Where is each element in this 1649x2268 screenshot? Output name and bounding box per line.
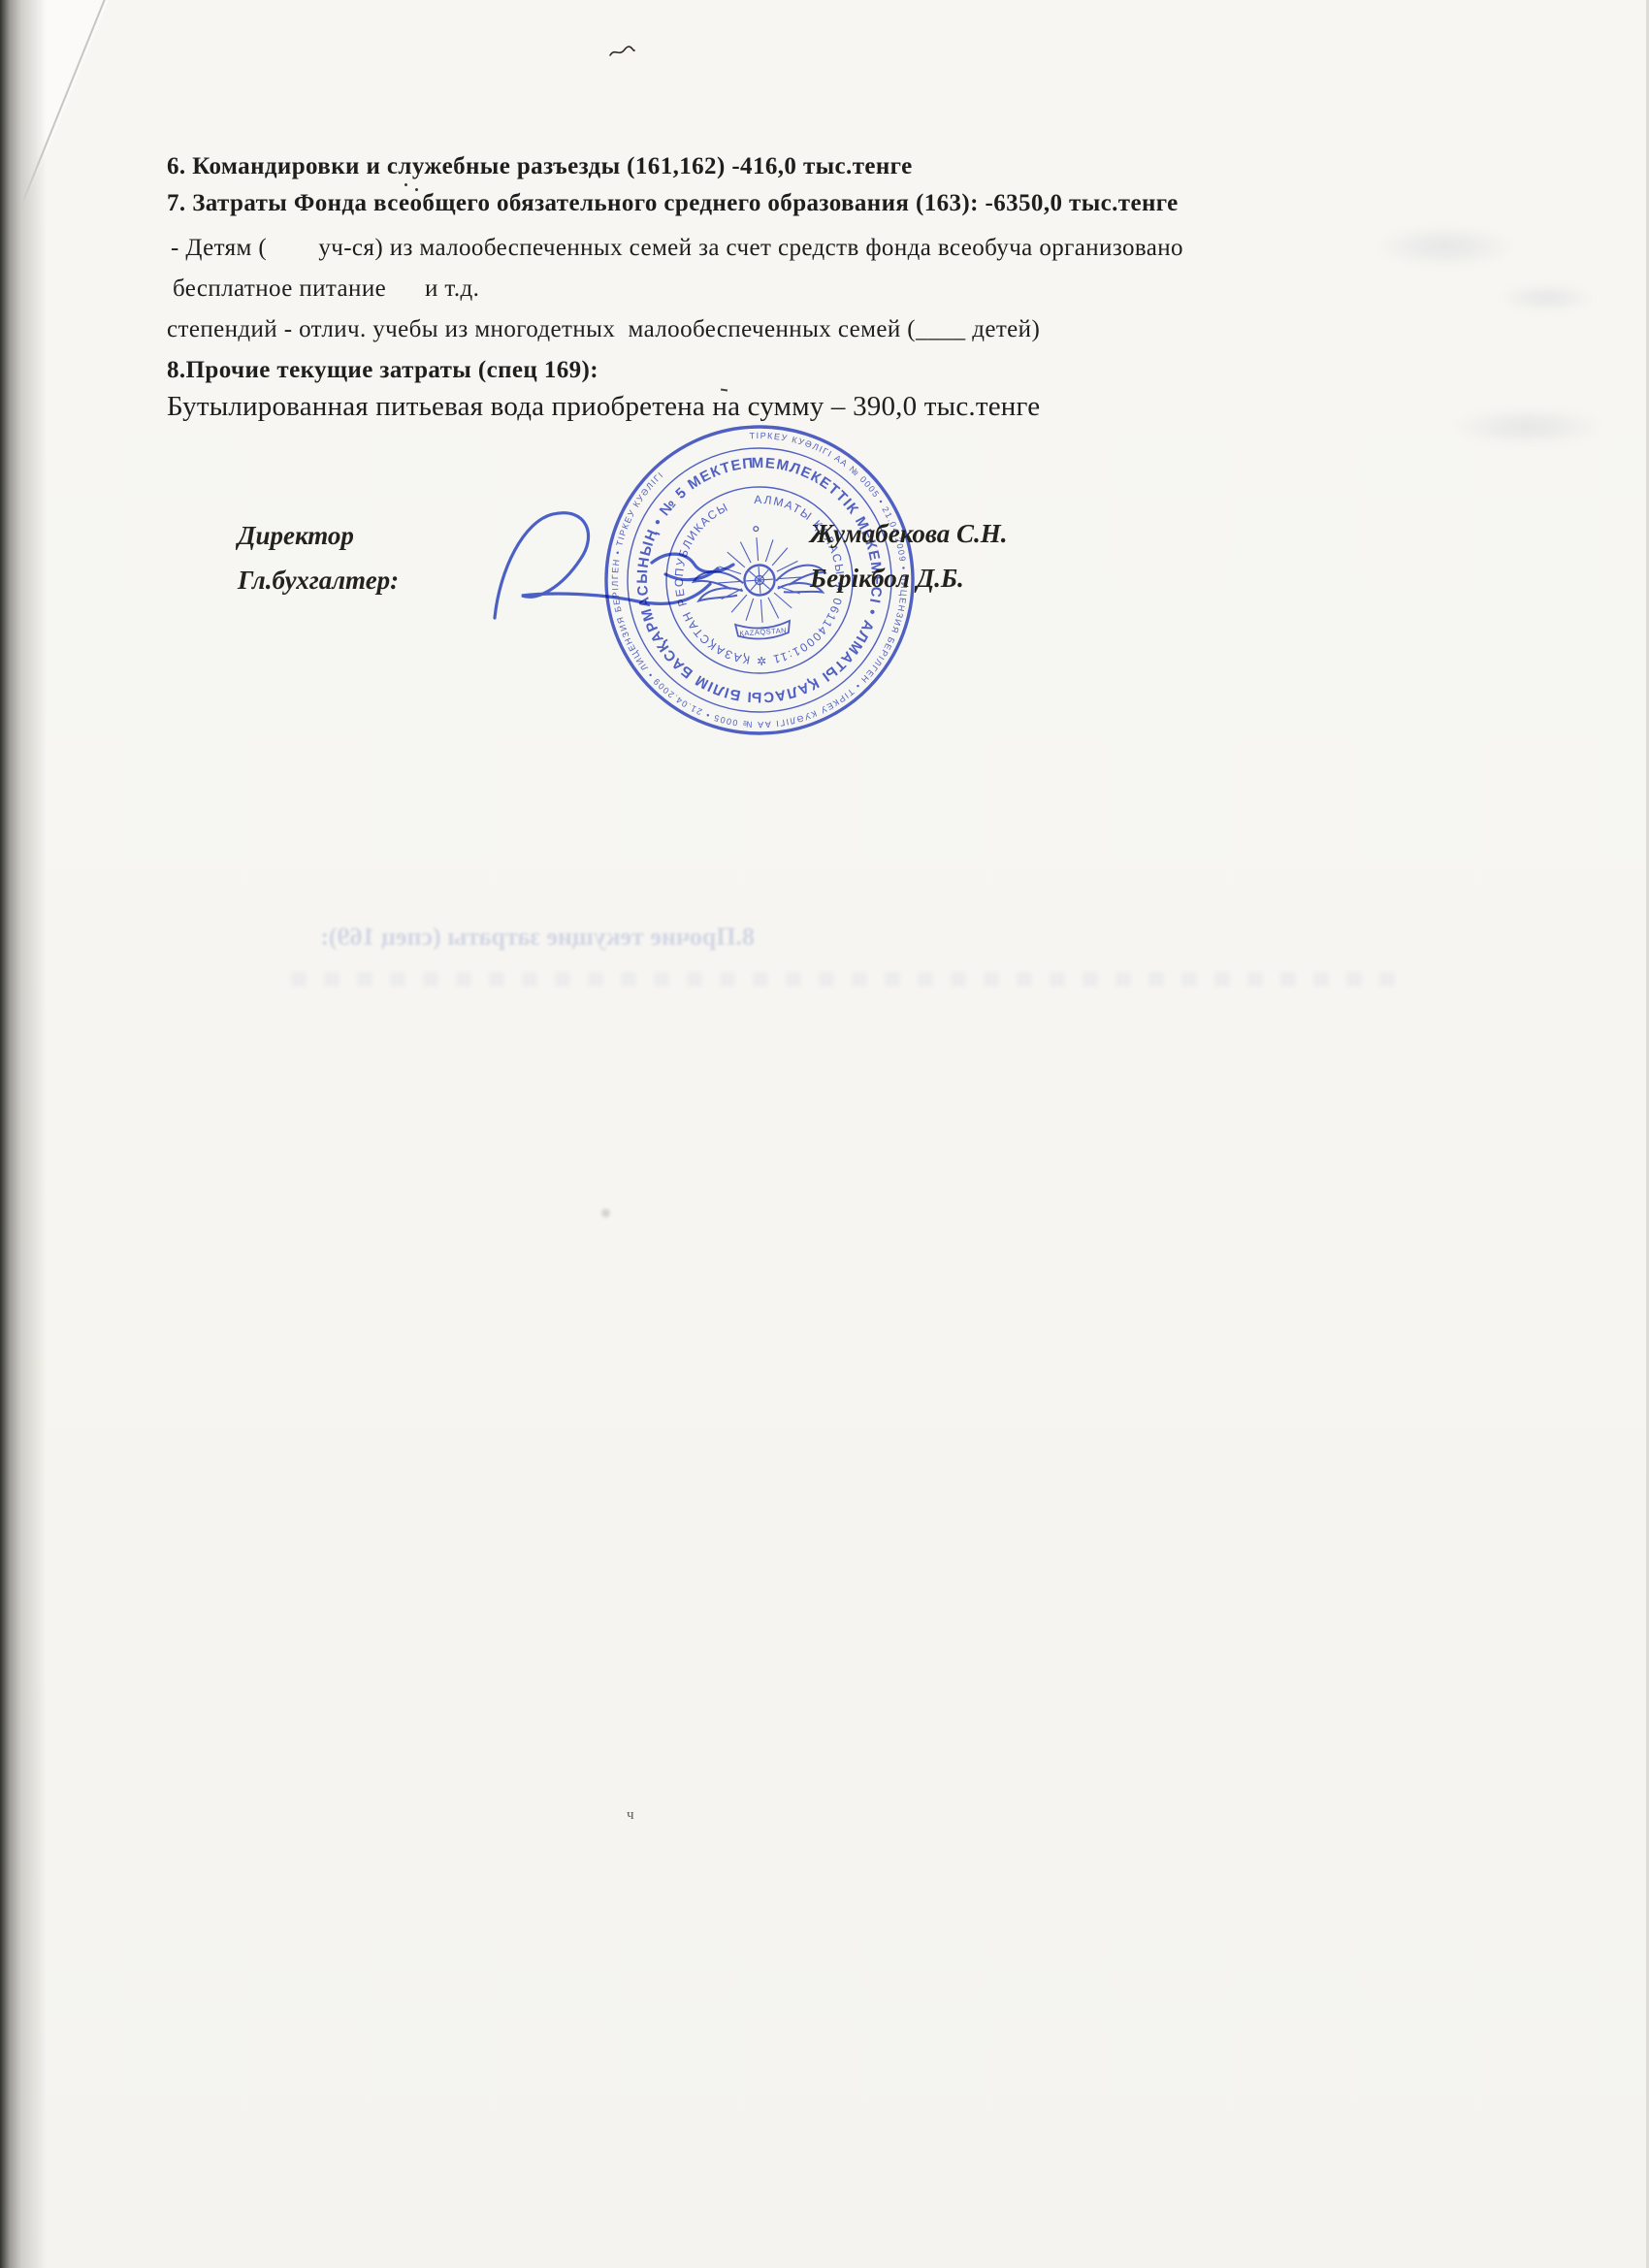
signatory-role-director: Директор [238,521,354,551]
expense-line-6: 6. Командировки и служебные разъезды (16… [167,153,913,180]
signature-scribble [652,554,733,571]
signature-tail [638,584,710,603]
signatory-name-chief-accountant: Берікбол Д.Б. [810,564,964,594]
ink-speck-faint [601,1209,610,1217]
expense-line-7: 7. Затраты Фонда всеобщего обязательного… [167,190,1179,217]
scanned-document-page: 8.Прочие текущие затраты (спец 169): 6. … [0,0,1649,2268]
signature-flourish [495,513,638,618]
ink-squiggle-artifact [609,45,636,60]
handwritten-signature [407,477,815,671]
scan-smudge [1373,225,1518,268]
expense-line-7-detail-1: - Детям ( уч-ся) из малообеспеченных сем… [171,235,1183,262]
expense-line-8: 8.Прочие текущие затраты (спец 169): [167,357,598,384]
bleed-through-faint-line [291,972,1406,987]
ink-speck [415,188,418,191]
expense-line-7-detail-2: бесплатное питание и т.д. [173,275,479,303]
ink-mark: ч [627,1807,634,1824]
scan-smudge [1450,407,1605,446]
signatory-name-director: Жумабекова С.Н. [810,519,1008,549]
bleed-through-text: 8.Прочие текущие затраты (спец 169): [260,923,755,952]
signatory-role-chief-accountant: Гл.бухгалтер: [238,566,399,596]
scan-smudge [1499,283,1596,312]
ink-speck [404,183,407,186]
signature-scribble-2 [665,568,718,580]
scan-left-edge-shadow [0,0,47,2268]
expense-line-7-detail-3: степендий - отлич. учебы из многодетных … [167,316,1040,343]
